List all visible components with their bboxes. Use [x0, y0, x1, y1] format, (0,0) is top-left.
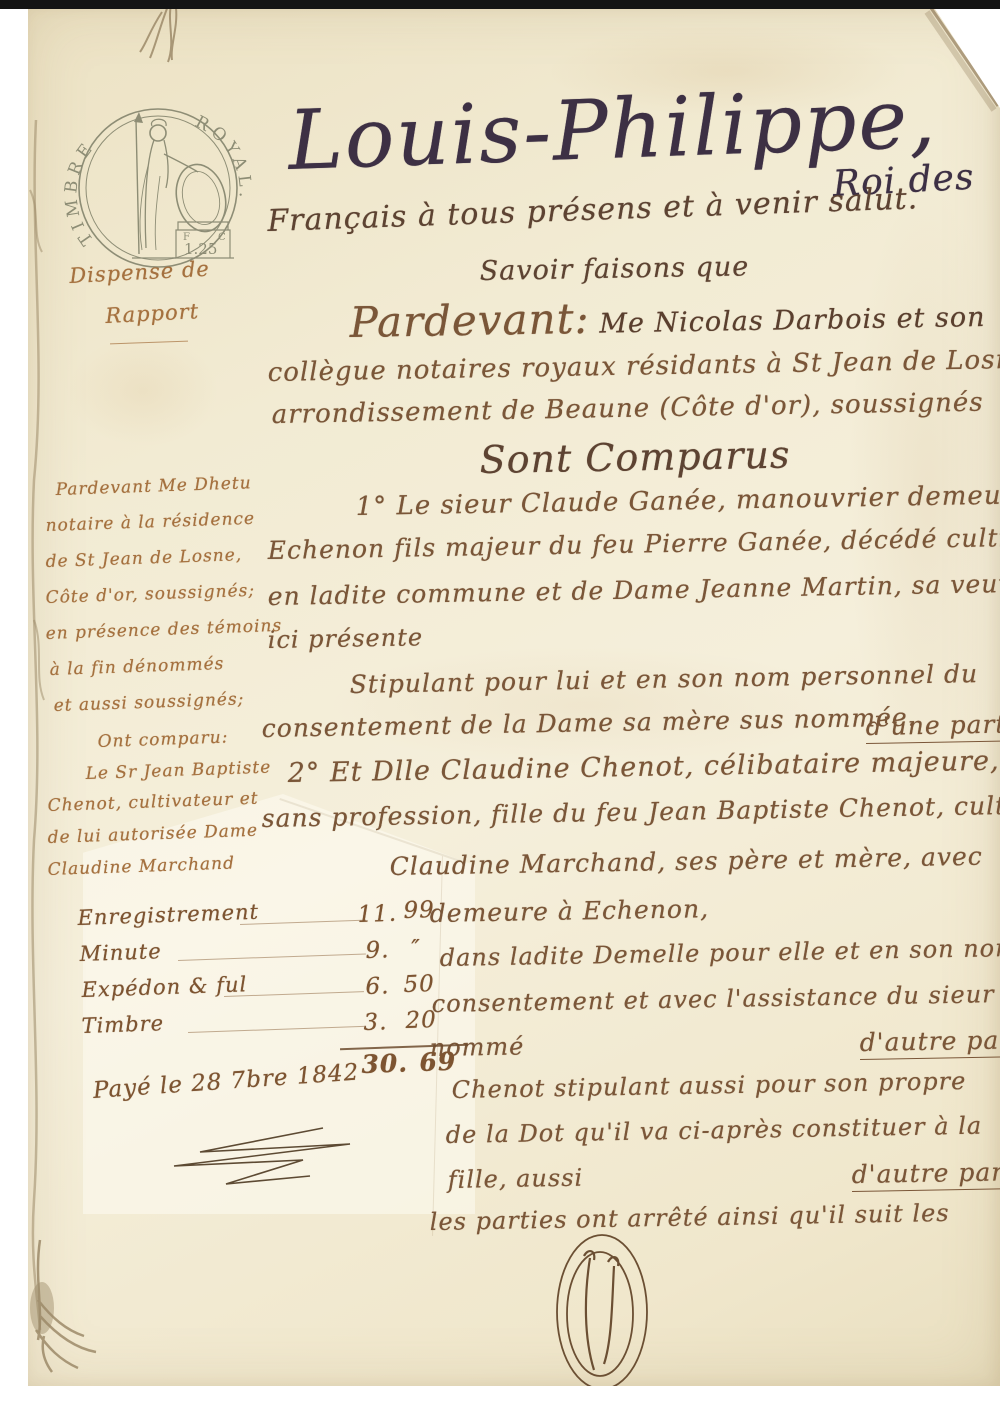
royal-salutation: Français à tous présens et à venir salut…: [267, 181, 919, 239]
party1-line5: Stipulant pour lui et en son nom personn…: [349, 659, 978, 699]
party1-line1: 1° Le sieur Claude Ganée, manouvrier dem…: [355, 479, 1000, 522]
party3-line1: Chenot stipulant aussi pour son propre: [452, 1067, 967, 1104]
margin-note-line: Ont comparu:: [97, 727, 228, 752]
party3-dautre-parts: d'autre parts: [851, 1157, 1000, 1189]
fee-amount-centimes: 20: [405, 1007, 437, 1034]
party2-line2: sans profession, fille du feu Jean Bapti…: [261, 789, 1000, 833]
dautre-part-label: d'autre part: [859, 1025, 1000, 1060]
margin-note-line: Côte d'or, soussignés;: [45, 581, 255, 608]
paper-stain: [68, 336, 218, 446]
party2-line6: consentement et avec l'assistance du sie…: [432, 980, 995, 1018]
party2-line1: 2° Et Dlle Claudine Chenot, célibataire …: [287, 746, 999, 789]
act-pardevant: Pardevant:: [349, 294, 590, 347]
stamp-arc-left-label: TIMBRE: [61, 136, 100, 248]
margin-note-line: de St Jean de Losne,: [45, 545, 242, 572]
party2-dautre-part: d'autre part: [859, 1025, 1000, 1057]
fee-label: Timbre: [81, 1011, 164, 1038]
margin-dispense-underline: [110, 341, 188, 345]
fee-amount-francs: 9.: [365, 937, 390, 964]
stamp-value: 1.25: [184, 240, 217, 258]
dune-part-label: d'une part: [865, 710, 1000, 744]
margin-note-line: à la fin dénommés: [49, 654, 224, 680]
margin-note-line: Le Sr Jean Baptiste: [85, 758, 271, 784]
svg-text:TIMBRE: TIMBRE: [61, 136, 100, 248]
party2-line4: demeure à Echenon,: [429, 894, 709, 928]
fee-total-centimes: 69: [419, 1047, 457, 1077]
dautre-parts-label: d'autre parts: [851, 1157, 1000, 1192]
margin-note-line: en présence des témoins: [45, 616, 282, 644]
margin-note-line: Pardevant Me Dhetu: [55, 473, 252, 500]
party3-line3: fille, aussi: [448, 1164, 584, 1194]
sont-comparus-heading: Sont Comparus: [479, 433, 791, 482]
stamp-centime-label: C: [218, 232, 226, 243]
manuscript-page: TIMBRE ROYAL. F C 1.25 Dispense de Rappo…: [28, 6, 1000, 1386]
fee-amount-centimes: ″: [411, 936, 421, 962]
fee-amount-francs: 3.: [363, 1009, 388, 1036]
timbre-royal-stamp-icon: TIMBRE ROYAL. F C 1.25: [36, 76, 286, 326]
party1-line2: Echenon fils majeur du feu Pierre Ganée,…: [267, 522, 1000, 565]
corner-fold-edge: [931, 8, 998, 106]
party2-line3: Claudine Marchand, ses père et mère, ave…: [389, 842, 982, 881]
party1-line6: consentement de la Dame sa mère sus nomm…: [261, 703, 916, 743]
party3-line2: de la Dot qu'il va ci-après constituer à…: [446, 1112, 983, 1149]
fee-amount-francs: 11.: [357, 901, 397, 928]
fee-amount-francs: 6.: [365, 973, 390, 1000]
savoir-faisons: Savoir faisons que: [479, 251, 749, 287]
party1-dune-part: d'une part: [865, 710, 1000, 741]
margin-note-line: notaire à la résidence: [45, 509, 255, 536]
margin-dispense-line2: Rapport: [105, 299, 200, 328]
fee-label: Minute: [79, 939, 162, 966]
act-pardevant-rest: Me Nicolas Darbois et son: [599, 302, 986, 340]
act-pardevant-line: Pardevant: Me Nicolas Darbois et son: [349, 287, 986, 347]
paraph-flourish: [557, 1235, 647, 1386]
scan-top-edge: [0, 0, 1000, 9]
fee-amount-centimes: 99: [403, 897, 435, 924]
fee-total-francs: 30.: [361, 1048, 408, 1079]
margin-note-line: et aussi soussignés;: [53, 689, 244, 716]
party1-line4: ici présente: [268, 623, 424, 654]
act-line-arrondissement: arrondissement de Beaune (Côte d'or), so…: [271, 388, 983, 430]
party2-line5: dans ladite Demelle pour elle et en son …: [440, 934, 1000, 972]
closing-line: les parties ont arrêté ainsi qu'il suit …: [430, 1199, 950, 1236]
document-scan: TIMBRE ROYAL. F C 1.25 Dispense de Rappo…: [0, 0, 1000, 1407]
fee-amount-centimes: 50: [403, 971, 435, 998]
act-line-collegue: collègue notaires royaux résidants à St …: [267, 345, 1000, 388]
party1-line3: en ladite commune et de Dame Jeanne Mart…: [267, 569, 1000, 611]
